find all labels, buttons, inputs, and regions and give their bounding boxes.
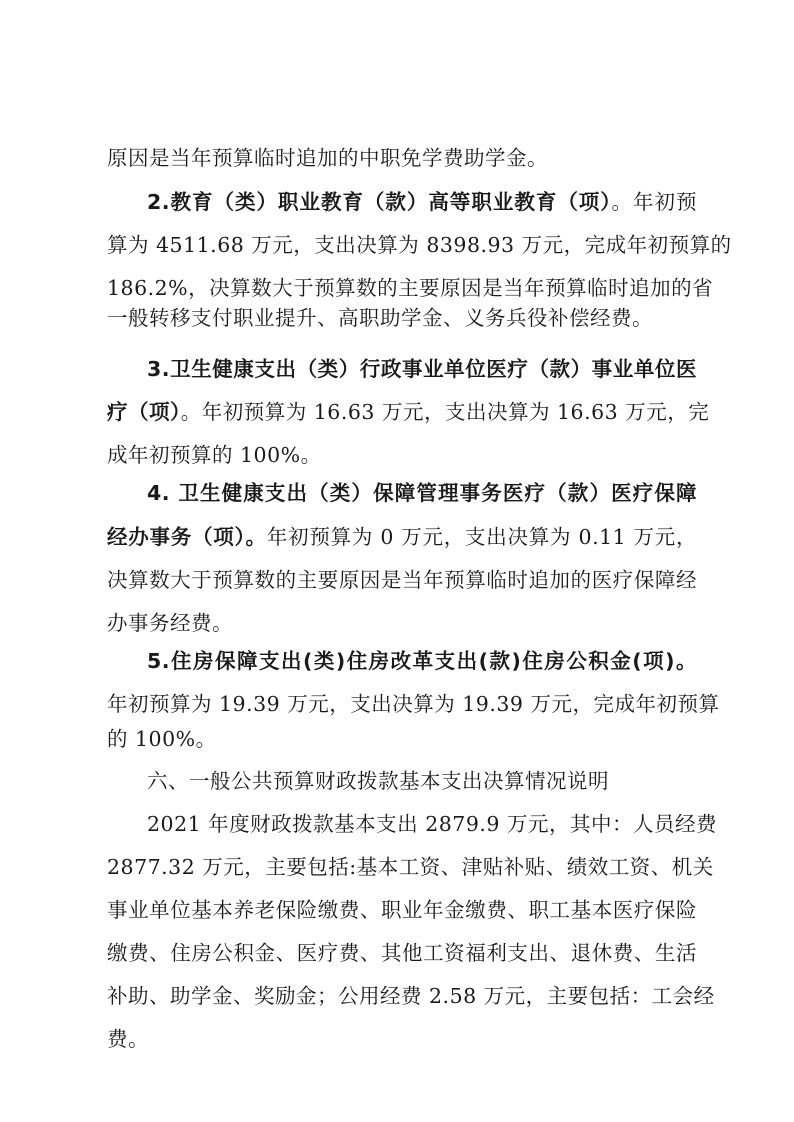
line-text: 办事务经费。: [107, 611, 233, 635]
item-4-title-cont: 经办事务（项）。: [107, 525, 267, 549]
line-text: 成年初预算的 100%。: [107, 443, 322, 467]
line-text: 186.2%，决算数大于预算数的主要原因是当年预算临时追加的省: [107, 276, 713, 300]
item-2-heading-line: 2.教育（类）职业教育（款）高等职业教育（项）。年初预: [147, 187, 697, 217]
line-text: 2877.32 万元，主要包括:基本工资、津贴补贴、绩效工资、机关: [107, 855, 714, 879]
line-text: 决算数大于预算数的主要原因是当年预算临时追加的医疗保障经: [107, 568, 697, 592]
paragraph-line: 补助、助学金、奖励金；公用经费 2.58 万元，主要包括：工会经: [107, 981, 697, 1011]
line-text: 2021 年度财政拨款基本支出 2879.9 万元，其中：人员经费: [147, 812, 717, 836]
paragraph-line: 费。: [107, 1024, 697, 1054]
line-text: 补助、助学金、奖励金；公用经费 2.58 万元，主要包括：工会经: [107, 984, 715, 1008]
item-3-title-cont: 疗（项）: [107, 400, 181, 424]
line-text: 的 100%。: [107, 727, 217, 751]
section-heading-text: 六、一般公共预算财政拨款基本支出决算情况说明: [147, 769, 609, 793]
paragraph-line: 原因是当年预算临时追加的中职免学费助学金。: [107, 143, 697, 173]
item-2-title: 2.教育（类）职业教育（款）高等职业教育（项）: [147, 190, 612, 214]
paragraph-line: 2877.32 万元，主要包括:基本工资、津贴补贴、绩效工资、机关: [107, 852, 697, 882]
line-text: 缴费、住房公积金、医疗费、其他工资福利支出、退休费、生活: [107, 941, 697, 965]
item-5-heading-line: 5.住房保障支出(类)住房改革支出(款)住房公积金(项)。: [147, 646, 697, 676]
paragraph-line: 算为 4511.68 万元，支出决算为 8398.93 万元，完成年初预算的: [107, 230, 697, 260]
line-text: 费。: [107, 1027, 149, 1051]
line-text: 。年初预: [612, 190, 697, 214]
paragraph-line: 缴费、住房公积金、医疗费、其他工资福利支出、退休费、生活: [107, 938, 697, 968]
paragraph-line: 经办事务（项）。年初预算为 0 万元，支出决算为 0.11 万元，: [107, 522, 697, 552]
document-page: 原因是当年预算临时追加的中职免学费助学金。 2.教育（类）职业教育（款）高等职业…: [0, 0, 794, 1122]
item-5-title: 5.住房保障支出(类)住房改革支出(款)住房公积金(项)。: [147, 649, 697, 673]
paragraph-line: 办事务经费。: [107, 608, 697, 638]
paragraph-line: 一般转移支付职业提升、高职助学金、义务兵役补偿经费。: [107, 303, 697, 333]
line-text: 算为 4511.68 万元，支出决算为 8398.93 万元，完成年初预算的: [107, 233, 732, 257]
paragraph-line: 的 100%。: [107, 724, 697, 754]
item-3-title: 3.卫生健康支出（类）行政事业单位医疗（款）事业单位医: [147, 357, 697, 381]
line-text: 一般转移支付职业提升、高职助学金、义务兵役补偿经费。: [107, 306, 653, 330]
item-3-heading-line: 3.卫生健康支出（类）行政事业单位医疗（款）事业单位医: [147, 354, 697, 384]
paragraph-line: 决算数大于预算数的主要原因是当年预算临时追加的医疗保障经: [107, 565, 697, 595]
paragraph-line: 年初预算为 19.39 万元，支出决算为 19.39 万元，完成年初预算: [107, 689, 697, 719]
line-text: 年初预算为 0 万元，支出决算为 0.11 万元，: [267, 525, 697, 549]
paragraph-line: 疗（项）。年初预算为 16.63 万元，支出决算为 16.63 万元，完: [107, 397, 697, 427]
section-six-heading: 六、一般公共预算财政拨款基本支出决算情况说明: [147, 766, 697, 796]
paragraph-line: 成年初预算的 100%。: [107, 440, 697, 470]
line-text: 。年初预算为 16.63 万元，支出决算为 16.63 万元，完: [181, 400, 709, 424]
item-4-title: 4. 卫生健康支出（类）保障管理事务医疗（款）医疗保障: [147, 481, 697, 505]
line-text: 原因是当年预算临时追加的中职免学费助学金。: [107, 146, 548, 170]
paragraph-line: 186.2%，决算数大于预算数的主要原因是当年预算临时追加的省: [107, 273, 697, 303]
paragraph-line: 事业单位基本养老保险缴费、职业年金缴费、职工基本医疗保险: [107, 895, 697, 925]
item-4-heading-line: 4. 卫生健康支出（类）保障管理事务医疗（款）医疗保障: [147, 478, 697, 508]
line-text: 事业单位基本养老保险缴费、职业年金缴费、职工基本医疗保险: [107, 898, 697, 922]
paragraph-line: 2021 年度财政拨款基本支出 2879.9 万元，其中：人员经费: [147, 809, 697, 839]
line-text: 年初预算为 19.39 万元，支出决算为 19.39 万元，完成年初预算: [107, 692, 719, 716]
